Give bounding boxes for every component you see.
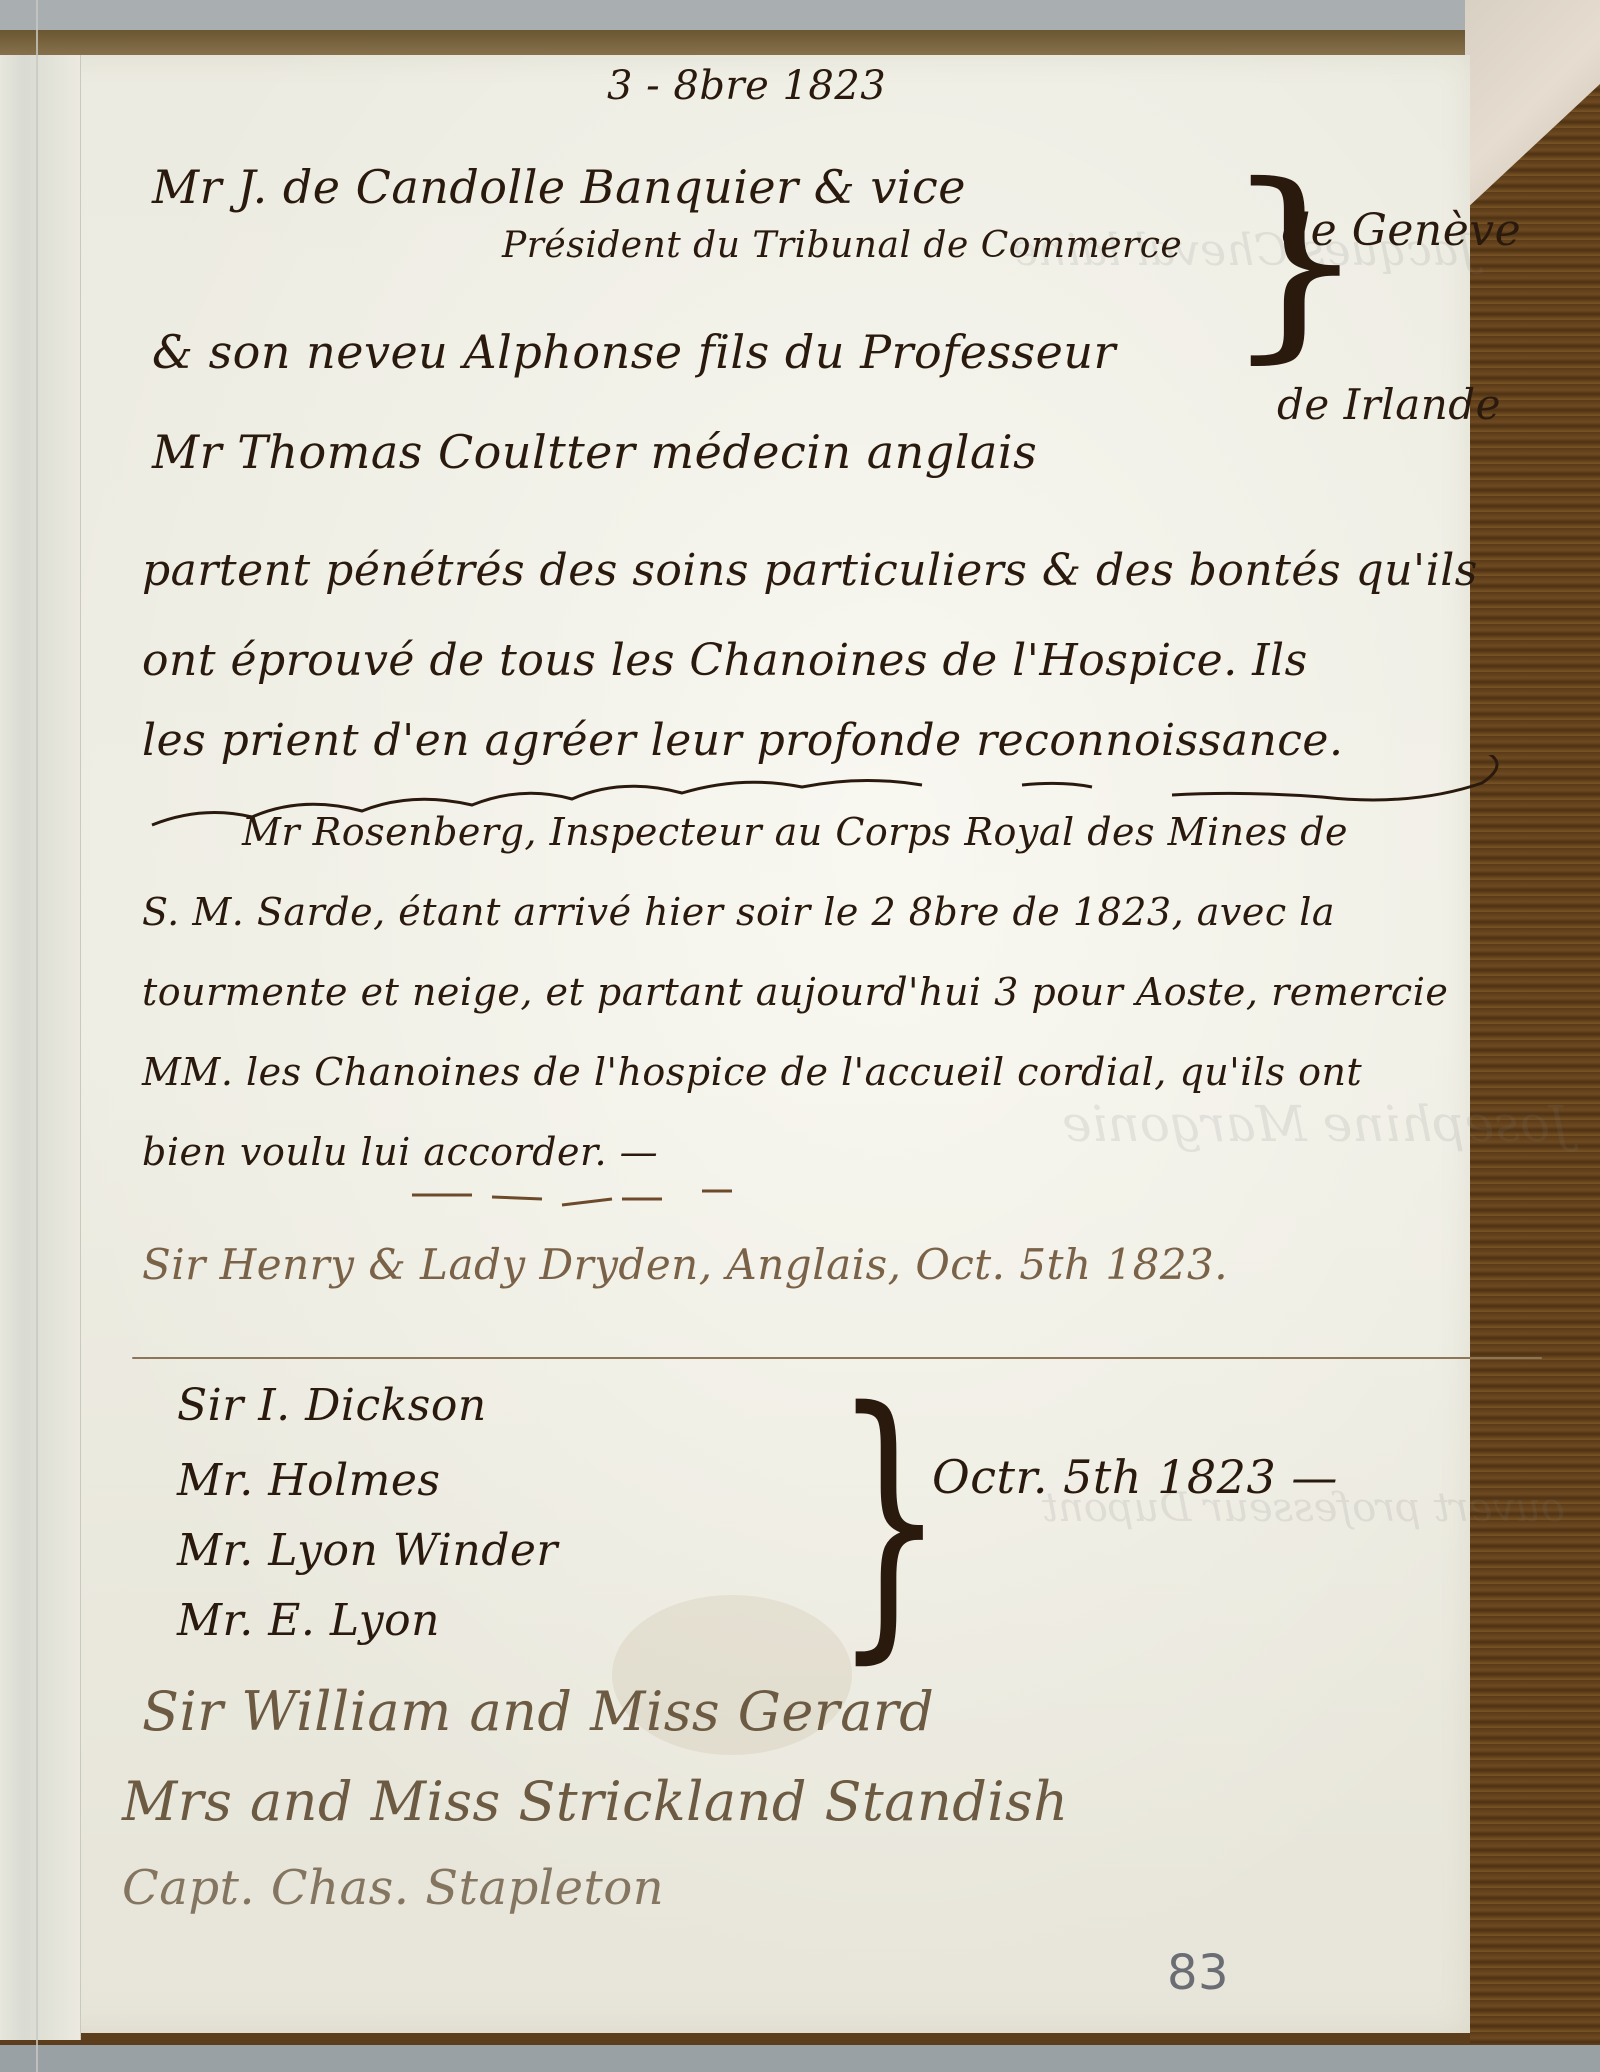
guest-name: Sir I. Dickson — [177, 1380, 487, 1431]
book-cover-board — [1465, 0, 1600, 2072]
guest-name: Mr. Holmes — [177, 1455, 441, 1506]
entry-line: Mr Rosenberg, Inspecteur au Corps Royal … — [242, 810, 1348, 854]
entry-line: Sir William and Miss Gerard — [142, 1680, 934, 1743]
page-gutter — [0, 55, 81, 2040]
entry-line: & son neveu Alphonse fils du Professeur — [152, 325, 1116, 379]
entry-line: Président du Tribunal de Commerce — [502, 225, 1182, 266]
entry-line: Mrs and Miss Strickland Standish — [122, 1770, 1069, 1833]
entry-line: MM. les Chanoines de l'hospice de l'accu… — [142, 1050, 1362, 1094]
origin-label: de Irlande — [1277, 380, 1501, 429]
binding-thread — [36, 0, 38, 2072]
entry-line: Capt. Chas. Stapleton — [122, 1860, 664, 1916]
guest-name: Mr. Lyon Winder — [177, 1525, 558, 1576]
scan-background-bottom — [0, 2045, 1600, 2072]
curly-brace: } — [1222, 159, 1368, 366]
book-binding-top-edge — [0, 30, 1470, 58]
scan-background-top — [0, 0, 1600, 34]
entry-line: Mr J. de Candolle Banquier & vice — [152, 160, 966, 214]
folio-number: 83 — [1167, 1945, 1229, 2001]
entry-body-line: ont éprouvé de tous les Chanoines de l'H… — [142, 635, 1308, 686]
entry-line: Mr Thomas Coultter médecin anglais — [152, 425, 1037, 479]
group-date: Octr. 5th 1823 — — [932, 1450, 1338, 1504]
entry-line: Sir Henry & Lady Dryden, Anglais, Oct. 5… — [142, 1240, 1228, 1289]
curly-brace: } — [834, 1375, 945, 1665]
entry-body-line: partent pénétrés des soins particuliers … — [142, 545, 1478, 596]
manuscript-page: Jacques Cheval laine Josephine Margonie … — [12, 55, 1470, 2033]
dash-separator — [412, 1175, 912, 1215]
entry-date-header: 3 - 8bre 1823 — [607, 63, 886, 109]
show-through-text: Josephine Margonie — [1062, 1095, 1570, 1153]
origin-label: de Genève — [1282, 205, 1521, 256]
guest-name: Mr. E. Lyon — [177, 1595, 440, 1646]
entry-line: bien voulu lui accorder. — — [142, 1130, 658, 1174]
entry-line: tourmente et neige, et partant aujourd'h… — [142, 970, 1448, 1014]
entry-line: S. M. Sarde, étant arrivé hier soir le 2… — [142, 890, 1335, 934]
